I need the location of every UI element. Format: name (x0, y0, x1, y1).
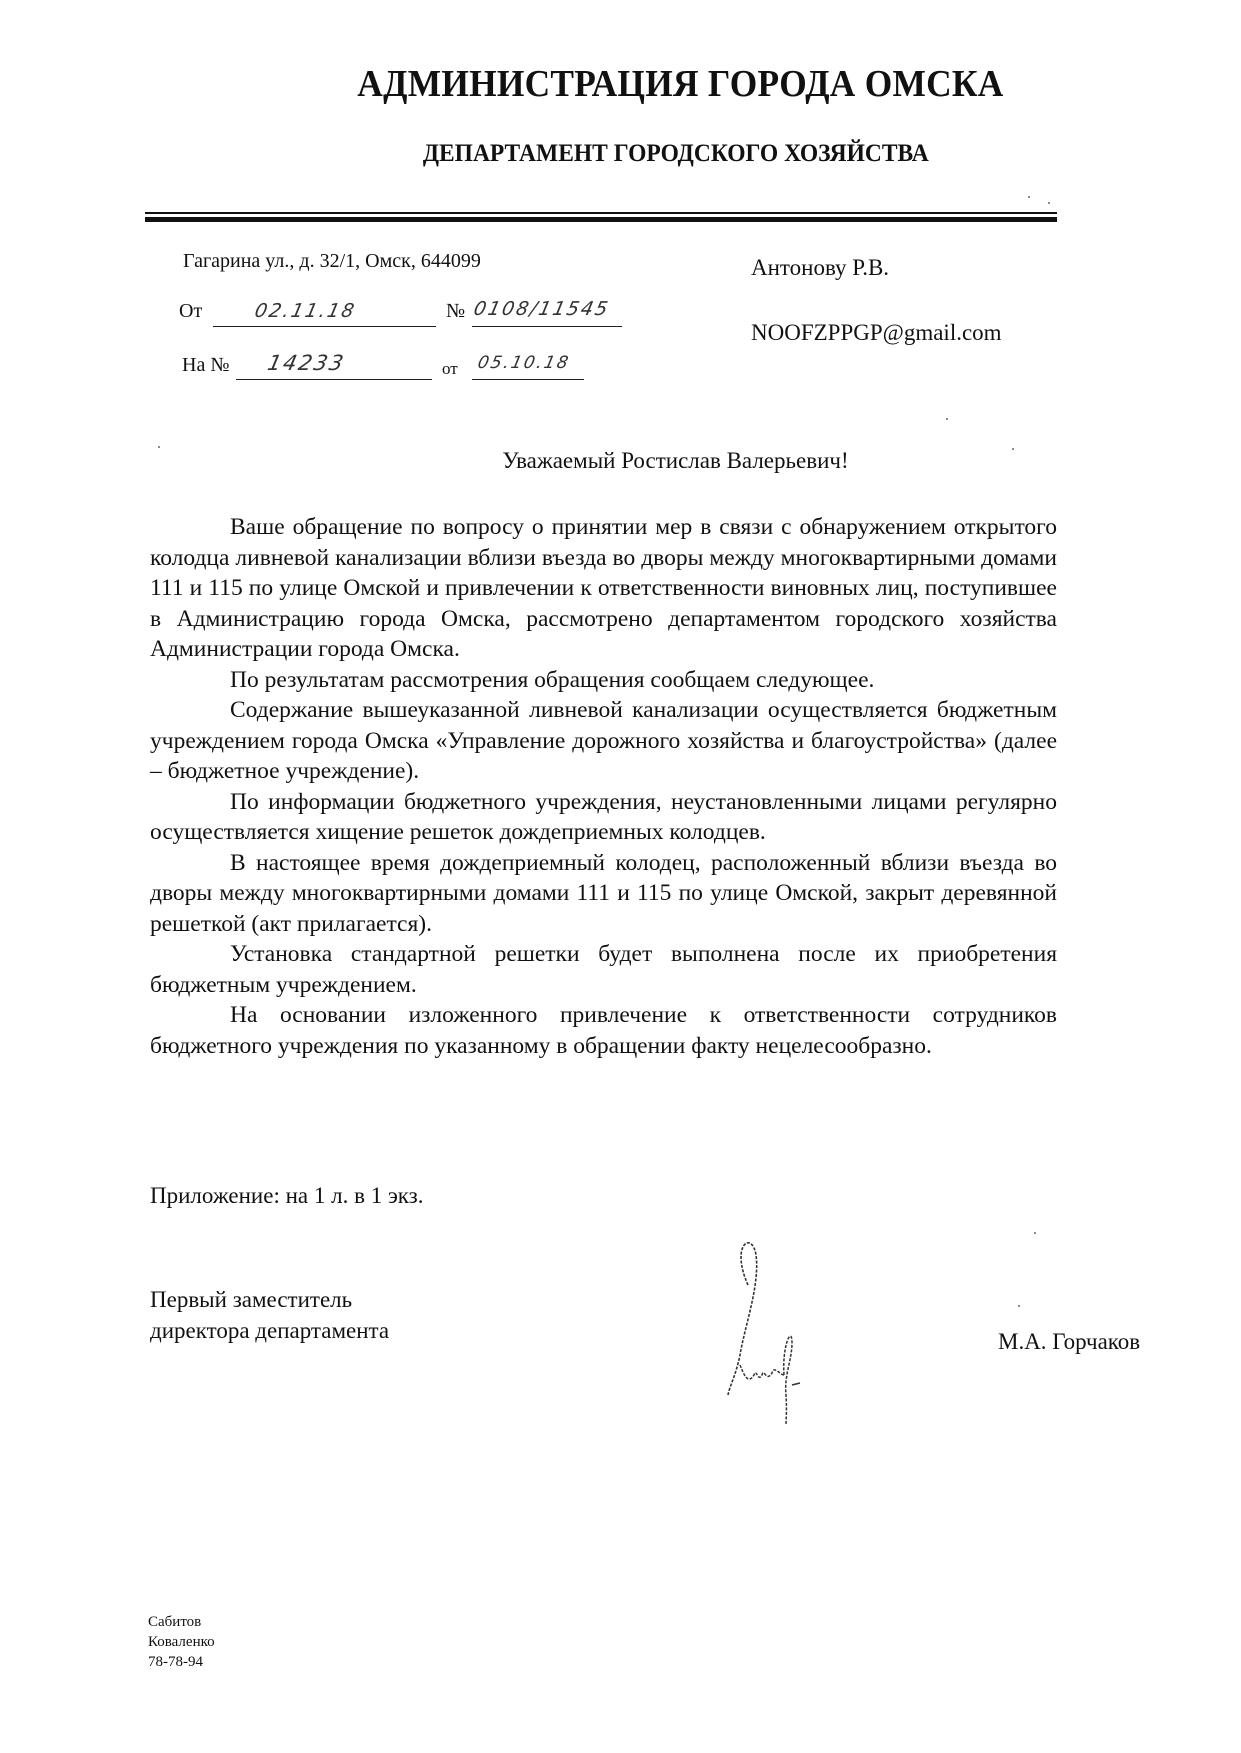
body-paragraph: По результатам рассмотрения обращения со… (150, 665, 1057, 696)
reply-date-handwritten: 05.10.18 (476, 353, 572, 373)
organization-title: АДМИНИСТРАЦИЯ ГОРОДА ОМСКА (48, 62, 1202, 106)
scan-speck (158, 446, 160, 448)
executor-info: Сабитов Коваленко 78-78-94 (148, 1612, 215, 1672)
body-paragraph: В настоящее время дождеприемный колодец,… (150, 848, 1057, 940)
letter-body: Ваше обращение по вопросу о принятии мер… (150, 512, 1057, 1061)
recipient-email: NOOFZPPGP@gmail.com (751, 320, 1002, 346)
from-date-handwritten: 02.11.18 (253, 300, 358, 322)
handwritten-signature (700, 1225, 840, 1425)
recipient-name: Антонову Р.В. (751, 255, 889, 281)
signer-title-line2: директора департамента (150, 1315, 389, 1346)
from-date-field: 02.11.18 (213, 302, 436, 327)
reply-date-field: 05.10.18 (472, 355, 584, 380)
scan-speck (1048, 202, 1050, 204)
department-title: ДЕПАРТАМЕНТ ГОРОДСКОГО ХОЗЯЙСТВА (41, 140, 1208, 168)
scan-speck (1012, 448, 1014, 450)
executor-name-2: Коваленко (148, 1632, 215, 1652)
body-paragraph: По информации бюджетного учреждения, неу… (150, 787, 1057, 848)
sender-address: Гагарина ул., д. 32/1, Омск, 644099 (183, 250, 481, 273)
from-label: От (179, 300, 202, 323)
attachment-note: Приложение: на 1 л. в 1 экз. (150, 1183, 424, 1209)
header-rule-thick (145, 217, 1057, 222)
scan-speck (946, 418, 948, 420)
reply-to-number-handwritten: 14233 (265, 351, 347, 375)
reply-to-label: На № (182, 354, 229, 377)
signer-name: М.А. Горчаков (998, 1329, 1140, 1355)
scan-speck (1034, 1232, 1036, 1234)
signer-title: Первый заместитель директора департамент… (150, 1284, 389, 1346)
signer-title-line1: Первый заместитель (150, 1284, 389, 1315)
reply-to-number-field: 14233 (236, 355, 432, 380)
scan-speck (1028, 196, 1030, 198)
body-paragraph: На основании изложенного привлечение к о… (150, 1000, 1057, 1061)
executor-phone: 78-78-94 (148, 1652, 215, 1672)
scan-speck (1018, 1305, 1020, 1307)
number-handwritten: 0108/11545 (472, 298, 612, 320)
header-rule-thin (145, 212, 1057, 214)
body-paragraph: Содержание вышеуказанной ливневой канали… (150, 695, 1057, 787)
executor-name-1: Сабитов (148, 1612, 215, 1632)
number-field: 0108/11545 (472, 302, 622, 327)
body-paragraph: Установка стандартной решетки будет выпо… (150, 939, 1057, 1000)
number-label: № (446, 300, 465, 323)
salutation: Уважаемый Ростислав Валерьевич! (0, 448, 1241, 474)
body-paragraph: Ваше обращение по вопросу о принятии мер… (150, 512, 1057, 665)
reply-date-label: от (442, 359, 458, 379)
